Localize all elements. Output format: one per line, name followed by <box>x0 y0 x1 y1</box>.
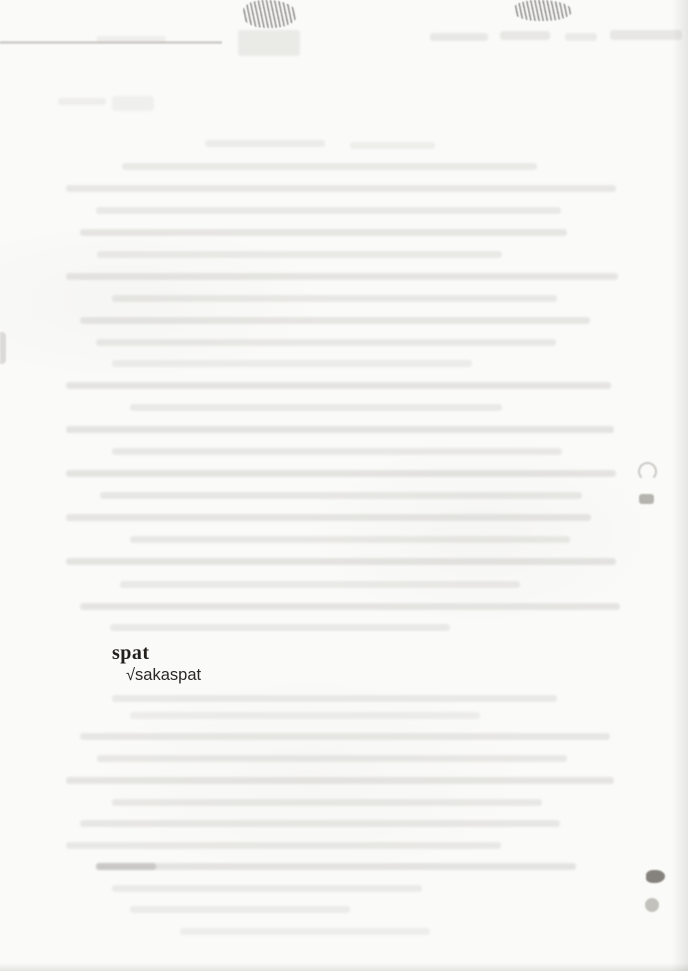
faded-text-line <box>66 777 614 784</box>
faded-text-line <box>112 448 562 455</box>
faded-text-line <box>80 820 560 827</box>
faded-text-line <box>58 98 106 105</box>
faded-text-line <box>66 514 591 521</box>
faded-text-line <box>565 33 597 41</box>
faded-text-line <box>500 31 550 40</box>
pencil-scribble-right <box>514 0 572 21</box>
faded-text-line <box>66 185 616 192</box>
faded-text-line <box>112 695 557 702</box>
faded-text-line <box>80 229 567 236</box>
faded-text-line <box>112 360 472 367</box>
faded-text-line <box>96 863 156 870</box>
faded-text-line <box>66 558 616 565</box>
faded-text-line <box>122 163 537 170</box>
entry-subentry: √sakaspat <box>126 666 201 684</box>
page-edge-shadow-right <box>672 0 688 971</box>
faded-text-line <box>205 140 325 147</box>
scan-mark-curl <box>638 462 657 481</box>
faded-text-line <box>110 624 450 631</box>
faded-text-line <box>80 733 610 740</box>
faded-text-line <box>430 33 488 41</box>
scan-mark-smudge-upper <box>646 870 665 883</box>
faded-text-line <box>130 404 502 411</box>
faded-text-line <box>112 295 557 302</box>
faded-text-line <box>112 96 154 111</box>
faded-text-line <box>97 755 567 762</box>
scan-mark-smudge-lower <box>645 898 659 912</box>
faded-text-line <box>130 906 350 913</box>
faded-text-line <box>238 30 300 56</box>
scanned-page: spat √sakaspat <box>0 0 688 971</box>
faded-text-line <box>112 885 422 892</box>
faded-text-line <box>130 712 480 719</box>
dictionary-entry: spat √sakaspat <box>112 643 201 684</box>
faded-text-line <box>100 492 582 499</box>
faded-text-line <box>96 36 166 42</box>
faded-text-line <box>112 799 542 806</box>
faded-text-line <box>66 382 611 389</box>
faded-text-line <box>96 207 561 214</box>
faded-text-line <box>96 339 556 346</box>
scan-mark-blob <box>639 494 654 504</box>
faded-text-line <box>350 142 435 149</box>
faded-text-line <box>130 536 570 543</box>
faded-text-line <box>80 317 590 324</box>
faded-text-line <box>180 928 430 935</box>
page-edge-shadow-bottom <box>0 963 688 971</box>
faded-text-line <box>66 470 616 477</box>
faded-text-line <box>96 863 576 870</box>
faded-text-line <box>97 251 502 258</box>
pencil-scribble-left <box>243 0 297 28</box>
faded-text-line <box>66 842 501 849</box>
faded-text-line <box>80 603 620 610</box>
faded-text-line <box>66 273 618 280</box>
faded-text-line <box>66 426 614 433</box>
scan-mark-left-edge <box>0 332 6 364</box>
entry-headword: spat <box>112 643 201 663</box>
faded-text-line <box>120 581 520 588</box>
